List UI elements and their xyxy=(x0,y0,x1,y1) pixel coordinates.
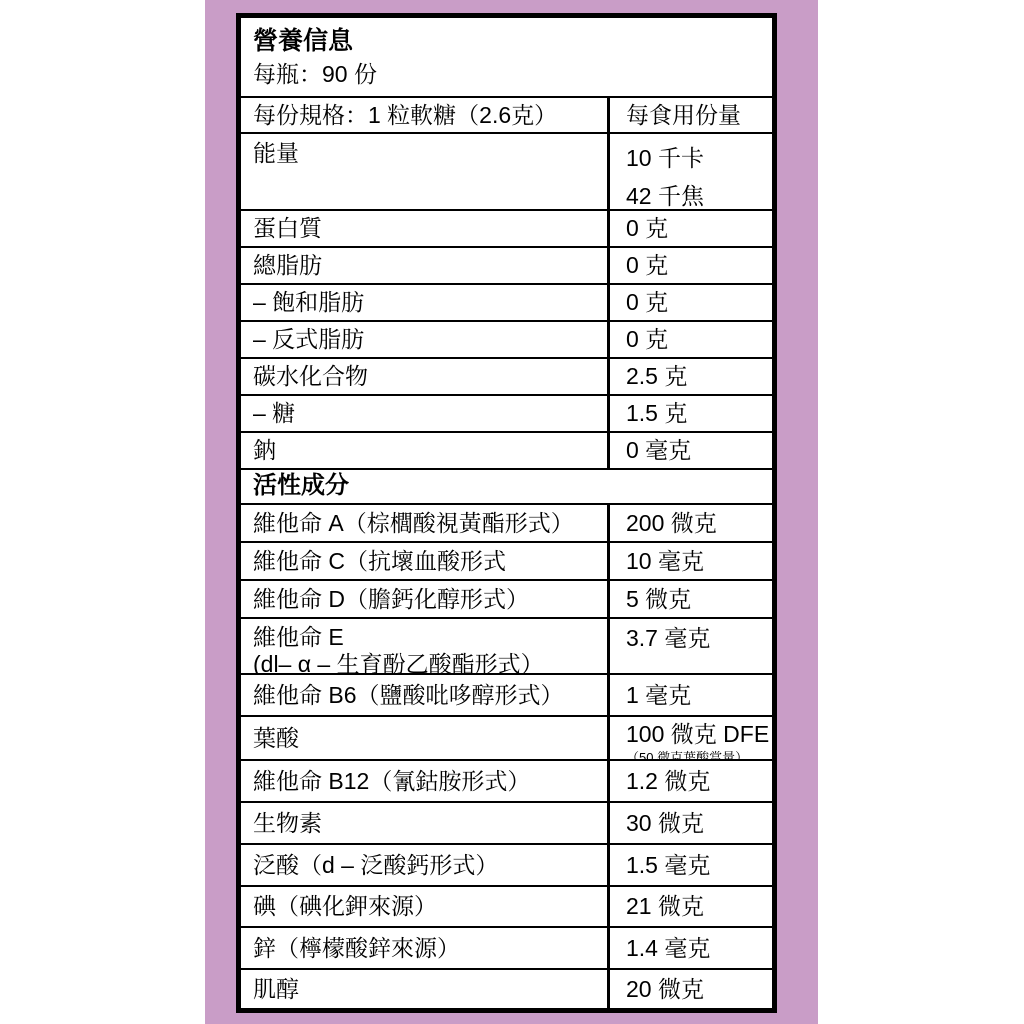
nutrient-row: 鈉 0 毫克 xyxy=(241,433,772,470)
nutrient-row: 碳水化合物 2.5 克 xyxy=(241,359,772,396)
active-ingredient-row: 鋅（檸檬酸鋅來源） 1.4 毫克 xyxy=(241,928,772,970)
nutrient-name: 蛋白質 xyxy=(253,214,601,243)
nutrition-label-card: 營養信息 每瓶：90 份 每份規格：1 粒軟糖（2.6克） 每食用份量 能量 1… xyxy=(236,13,777,1013)
active-ingredient-row: 泛酸（d – 泛酸鈣形式） 1.5 毫克 xyxy=(241,845,772,887)
nutrient-name: 能量 xyxy=(253,139,601,168)
label-header: 營養信息 每瓶：90 份 xyxy=(241,18,772,96)
nutrient-name: – 反式脂肪 xyxy=(253,325,601,354)
ingredient-name: 維他命 B12（氰鈷胺形式） xyxy=(253,767,601,796)
ingredient-value: 21 微克 xyxy=(626,892,768,921)
ingredient-name: 維他命 D（膽鈣化醇形式） xyxy=(253,585,601,614)
nutrient-value: 0 克 xyxy=(626,214,768,243)
active-ingredients-title: 活性成分 xyxy=(253,472,766,501)
nutrient-name: 碳水化合物 xyxy=(253,362,601,391)
active-ingredient-row: 碘（碘化鉀來源） 21 微克 xyxy=(241,887,772,928)
ingredient-value: 10 毫克 xyxy=(626,547,768,576)
active-ingredient-row: 維他命 A（棕櫚酸視黃酯形式） 200 微克 xyxy=(241,505,772,543)
nutrient-value: 1.5 克 xyxy=(626,399,768,428)
serving-size-row: 每份規格：1 粒軟糖（2.6克） 每食用份量 xyxy=(241,98,772,134)
ingredient-name: 泛酸（d – 泛酸鈣形式） xyxy=(253,851,601,880)
ingredient-value: 30 微克 xyxy=(626,809,768,838)
ingredient-value: 20 微克 xyxy=(626,975,768,1004)
nutrient-name: – 飽和脂肪 xyxy=(253,288,601,317)
ingredient-name-line2: (dl– α – 生育酚乙酸酯形式） xyxy=(253,651,601,673)
nutrient-name: 鈉 xyxy=(253,436,601,465)
active-ingredient-row: 肌醇 20 微克 xyxy=(241,970,772,1008)
nutrient-value: 0 克 xyxy=(626,251,768,280)
nutrient-name: – 糖 xyxy=(253,399,601,428)
ingredient-name: 鋅（檸檬酸鋅來源） xyxy=(253,934,601,963)
ingredient-name: 生物素 xyxy=(253,809,601,838)
ingredient-name: 維他命 A（棕櫚酸視黃酯形式） xyxy=(253,509,601,538)
energy-value-kj: 42 千焦 xyxy=(626,177,768,209)
nutrient-row: 總脂肪 0 克 xyxy=(241,248,772,285)
active-ingredient-row: 維他命 E (dl– α – 生育酚乙酸酯形式） 3.7 毫克 xyxy=(241,619,772,675)
nutrient-value: 0 克 xyxy=(626,325,768,354)
servings-per-bottle: 每瓶：90 份 xyxy=(253,59,760,89)
active-ingredient-row: 生物素 30 微克 xyxy=(241,803,772,845)
nutrient-value: 2.5 克 xyxy=(626,362,768,391)
ingredient-value: 1.5 毫克 xyxy=(626,851,768,880)
active-ingredient-row: 葉酸 100 微克 DFE （50 微克葉酸當量） xyxy=(241,717,772,761)
active-ingredient-row: 維他命 B6（鹽酸吡哆醇形式） 1 毫克 xyxy=(241,675,772,717)
active-ingredient-row: 維他命 D（膽鈣化醇形式） 5 微克 xyxy=(241,581,772,619)
active-ingredient-row: 維他命 C（抗壞血酸形式 10 毫克 xyxy=(241,543,772,581)
ingredient-name: 肌醇 xyxy=(253,975,601,1004)
ingredient-value: 1.4 毫克 xyxy=(626,934,768,963)
ingredient-name: 維他命 B6（鹽酸吡哆醇形式） xyxy=(253,681,601,710)
ingredient-value: 5 微克 xyxy=(626,585,768,614)
per-serving-column-header: 每食用份量 xyxy=(626,101,768,130)
nutrient-row: 蛋白質 0 克 xyxy=(241,211,772,248)
ingredient-value: 3.7 毫克 xyxy=(626,624,768,653)
nutrient-row: – 反式脂肪 0 克 xyxy=(241,322,772,359)
nutrient-row: – 糖 1.5 克 xyxy=(241,396,772,433)
nutrient-row: – 飽和脂肪 0 克 xyxy=(241,285,772,322)
nutrient-value: 0 毫克 xyxy=(626,436,768,465)
active-ingredient-row: 維他命 B12（氰鈷胺形式） 1.2 微克 xyxy=(241,761,772,803)
nutrient-name: 總脂肪 xyxy=(253,251,601,280)
label-title: 營養信息 xyxy=(253,25,760,57)
serving-size-label: 每份規格：1 粒軟糖（2.6克） xyxy=(253,101,601,130)
active-ingredients-header-row: 活性成分 xyxy=(241,470,772,505)
ingredient-name: 維他命 C（抗壞血酸形式 xyxy=(253,547,601,576)
nutrient-value: 0 克 xyxy=(626,288,768,317)
ingredient-value: 200 微克 xyxy=(626,509,768,538)
ingredient-name: 葉酸 xyxy=(253,724,601,753)
ingredient-value: 1 毫克 xyxy=(626,681,768,710)
ingredient-value: 1.2 微克 xyxy=(626,767,768,796)
ingredient-value-note: （50 微克葉酸當量） xyxy=(626,749,768,759)
ingredient-value: 100 微克 DFE xyxy=(626,720,768,749)
label-header-row: 營養信息 每瓶：90 份 xyxy=(241,18,772,98)
energy-row: 能量 10 千卡 42 千焦 xyxy=(241,134,772,211)
energy-value-kcal: 10 千卡 xyxy=(626,139,768,177)
ingredient-name: 碘（碘化鉀來源） xyxy=(253,892,601,921)
ingredient-name: 維他命 E xyxy=(253,624,601,651)
